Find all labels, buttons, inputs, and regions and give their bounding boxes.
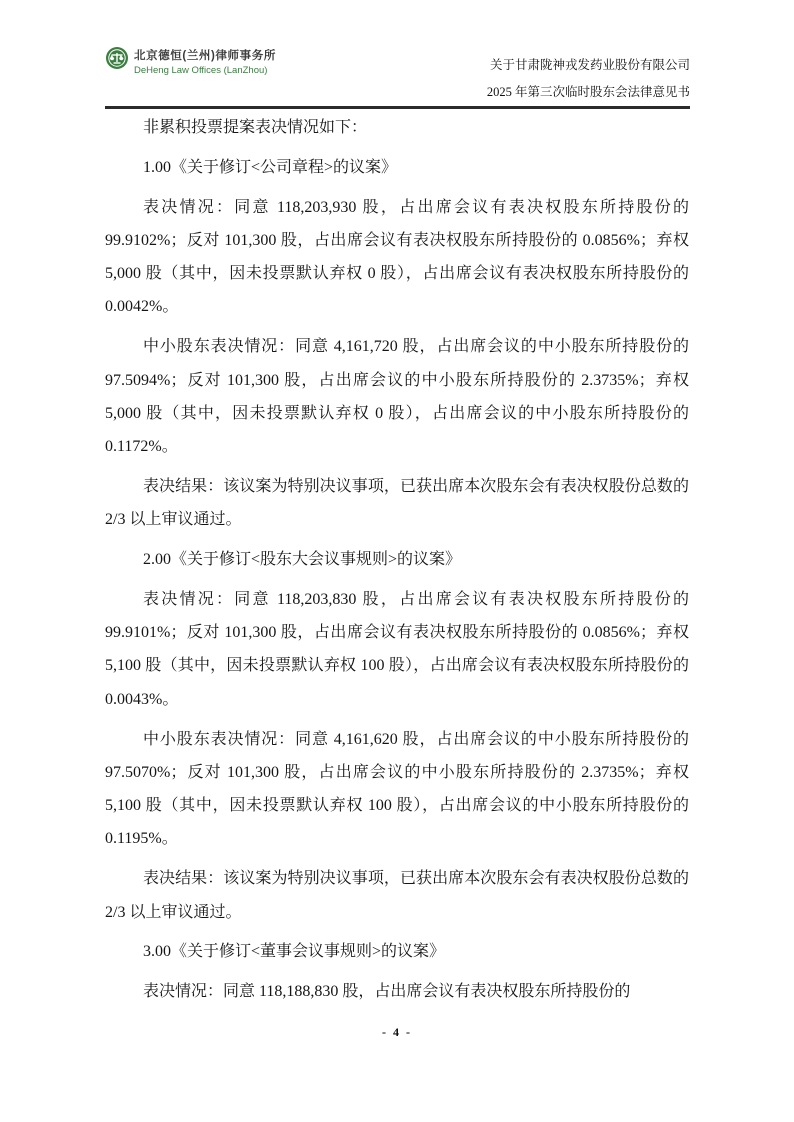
deheng-seal-icon: [105, 46, 129, 70]
body-paragraph: 表决情况：同意 118,203,930 股，占出席会议有表决权股东所持股份的 9…: [105, 191, 689, 324]
proposal-heading: 2.00《关于修订<股东大会议事规则>的议案》: [105, 543, 689, 576]
firm-names: 北京德恒(兰州)律师事务所 DeHeng Law Offices (LanZho…: [134, 46, 276, 77]
body-paragraph: 非累积投票提案表决情况如下：: [105, 111, 689, 144]
document-title-line2: 2025 年第三次临时股东会法律意见书: [487, 85, 690, 99]
body-paragraph: 表决结果：该议案为特别决议事项，已获出席本次股东会有表决权股份总数的 2/3 以…: [105, 470, 689, 537]
document-title-block: 关于甘肃陇神戎发药业股份有限公司 2025 年第三次临时股东会法律意见书: [487, 46, 690, 99]
document-body: 非累积投票提案表决情况如下：1.00《关于修订<公司章程>的议案》表决情况：同意…: [105, 111, 689, 1015]
proposal-heading: 3.00《关于修订<董事会议事规则>的议案》: [105, 935, 689, 968]
firm-name-cn: 北京德恒(兰州)律师事务所: [134, 49, 276, 63]
body-paragraph: 表决结果：该议案为特别决议事项，已获出席本次股东会有表决权股份总数的 2/3 以…: [105, 862, 689, 929]
page-number: - 4 -: [0, 1025, 794, 1040]
firm-logo-block: 北京德恒(兰州)律师事务所 DeHeng Law Offices (LanZho…: [105, 46, 276, 77]
body-paragraph: 表决情况：同意 118,203,830 股，占出席会议有表决权股东所持股份的 9…: [105, 583, 689, 716]
document-title-line1: 关于甘肃陇神戎发药业股份有限公司: [487, 58, 690, 72]
proposal-heading: 1.00《关于修订<公司章程>的议案》: [105, 151, 689, 184]
document-page: 北京德恒(兰州)律师事务所 DeHeng Law Offices (LanZho…: [0, 0, 794, 1122]
page-header: 北京德恒(兰州)律师事务所 DeHeng Law Offices (LanZho…: [105, 46, 690, 99]
body-paragraph: 中小股东表决情况：同意 4,161,620 股，占出席会议的中小股东所持股份的 …: [105, 723, 689, 856]
header-divider: [105, 106, 690, 109]
firm-name-en: DeHeng Law Offices (LanZhou): [134, 65, 276, 77]
body-paragraph: 表决情况：同意 118,188,830 股，占出席会议有表决权股东所持股份的: [105, 975, 689, 1008]
body-paragraph: 中小股东表决情况：同意 4,161,720 股，占出席会议的中小股东所持股份的 …: [105, 330, 689, 463]
